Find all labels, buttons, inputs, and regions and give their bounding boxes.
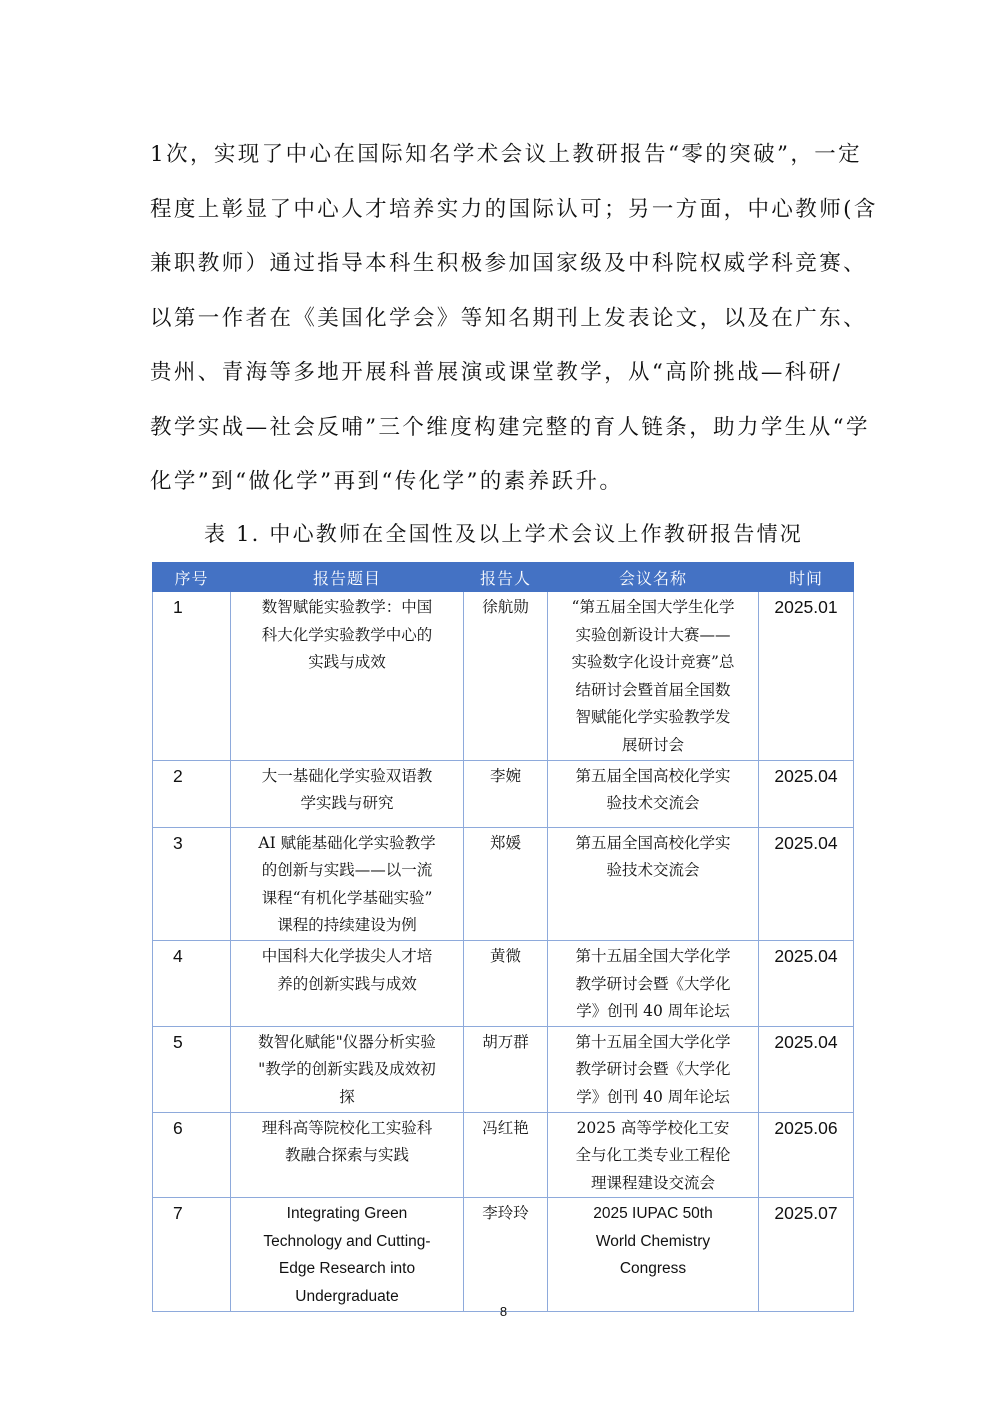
cell-index: 4 (153, 940, 231, 1026)
cell-line: 教学研讨会暨《大学化 (554, 1056, 752, 1084)
cell-line: 教融合探索与实践 (237, 1142, 457, 1170)
cell-speaker: 冯红艳 (464, 1112, 548, 1198)
cell-conference: 2025 高等学校化工安 全与化工类专业工程伦 理课程建设交流会 (548, 1112, 759, 1198)
cell-line: 第十五届全国大学化学 (554, 943, 752, 971)
cell-line: 理科高等院校化工实验科 (237, 1115, 457, 1143)
cell-index: 1 (153, 592, 231, 761)
cell-index: 2 (153, 760, 231, 827)
cell-date: 2025.01 (759, 592, 854, 761)
cell-speaker: 李玲玲 (464, 1198, 548, 1311)
table-row: 3 AI 赋能基础化学实验教学 的创新与实践——以一流 课程“有机化学基础实验”… (153, 827, 854, 940)
cell-line: 验技术交流会 (554, 857, 752, 885)
cell-index: 7 (153, 1198, 231, 1311)
cell-line: Congress (554, 1255, 752, 1283)
cell-conference: 第五届全国高校化学实 验技术交流会 (548, 760, 759, 827)
table-row: 1 数智赋能实验教学：中国 科大化学实验教学中心的 实践与成效 徐航勋 “第五届… (153, 592, 854, 761)
cell-line: 养的创新实践与成效 (237, 971, 457, 999)
table-row: 4 中国科大化学拔尖人才培 养的创新实践与成效 黄微 第十五届全国大学化学 教学… (153, 940, 854, 1026)
cell-index: 5 (153, 1026, 231, 1112)
cell-line: 课程的持续建设为例 (237, 912, 457, 940)
cell-line: Edge Research into (237, 1255, 457, 1283)
cell-line: 学》创刊 40 周年论坛 (554, 998, 752, 1026)
cell-index: 3 (153, 827, 231, 940)
paragraph-line: 贵州、青海等多地开展科普展演或课堂教学，从“高阶挑战—科研/ (150, 346, 860, 401)
cell-date: 2025.06 (759, 1112, 854, 1198)
cell-line: 理课程建设交流会 (554, 1170, 752, 1198)
paragraph-line: 1次，实现了中心在国际知名学术会议上教研报告“零的突破”，一定 (150, 128, 860, 183)
cell-speaker: 郑媛 (464, 827, 548, 940)
cell-line: 教学研讨会暨《大学化 (554, 971, 752, 999)
cell-date: 2025.04 (759, 1026, 854, 1112)
cell-conference: 2025 IUPAC 50th World Chemistry Congress (548, 1198, 759, 1311)
cell-index: 6 (153, 1112, 231, 1198)
paragraph-line: 以第一作者在《美国化学会》等知名期刊上发表论文，以及在广东、 (150, 292, 860, 347)
cell-conference: 第十五届全国大学化学 教学研讨会暨《大学化 学》创刊 40 周年论坛 (548, 940, 759, 1026)
cell-date: 2025.07 (759, 1198, 854, 1311)
cell-line: 第五届全国高校化学实 (554, 763, 752, 791)
cell-date: 2025.04 (759, 827, 854, 940)
cell-title: Integrating Green Technology and Cutting… (231, 1198, 464, 1311)
cell-line: AI 赋能基础化学实验教学 (237, 830, 457, 858)
cell-line: 学》创刊 40 周年论坛 (554, 1084, 752, 1112)
page-number: 8 (0, 1304, 1007, 1319)
cell-line: 实验创新设计大赛—— (554, 622, 752, 650)
table-row: 7 Integrating Green Technology and Cutti… (153, 1198, 854, 1311)
cell-title: 中国科大化学拔尖人才培 养的创新实践与成效 (231, 940, 464, 1026)
cell-conference: 第五届全国高校化学实 验技术交流会 (548, 827, 759, 940)
cell-line: 中国科大化学拔尖人才培 (237, 943, 457, 971)
column-header-speaker: 报告人 (464, 563, 548, 592)
paragraph-line: 兼职教师）通过指导本科生积极参加国家级及中科院权威学科竞赛、 (150, 237, 860, 292)
column-header-index: 序号 (153, 563, 231, 592)
body-paragraph: 1次，实现了中心在国际知名学术会议上教研报告“零的突破”，一定 程度上彰显了中心… (150, 128, 860, 510)
column-header-title: 报告题目 (231, 563, 464, 592)
column-header-date: 时间 (759, 563, 854, 592)
cell-line: 验技术交流会 (554, 790, 752, 818)
cell-line: 课程“有机化学基础实验” (237, 885, 457, 913)
table-caption: 表 1. 中心教师在全国性及以上学术会议上作教研报告情况 (0, 518, 1007, 548)
cell-line: Integrating Green (237, 1200, 457, 1228)
cell-line: 实验数字化设计竞赛”总 (554, 649, 752, 677)
cell-conference: “第五届全国大学生化学 实验创新设计大赛—— 实验数字化设计竞赛”总 结研讨会暨… (548, 592, 759, 761)
cell-line: 学实践与研究 (237, 790, 457, 818)
cell-line: 2025 高等学校化工安 (554, 1115, 752, 1143)
cell-line: 智赋能化学实验教学发 (554, 704, 752, 732)
cell-line: 全与化工类专业工程伦 (554, 1142, 752, 1170)
cell-line: 第十五届全国大学化学 (554, 1029, 752, 1057)
table-header-row: 序号 报告题目 报告人 会议名称 时间 (153, 563, 854, 592)
table-row: 2 大一基础化学实验双语教 学实践与研究 李婉 第五届全国高校化学实 验技术交流… (153, 760, 854, 827)
cell-line: 实践与成效 (237, 649, 457, 677)
cell-title: 理科高等院校化工实验科 教融合探索与实践 (231, 1112, 464, 1198)
cell-speaker: 李婉 (464, 760, 548, 827)
paragraph-line: 教学实战—社会反哺”三个维度构建完整的育人链条，助力学生从“学 (150, 401, 860, 456)
cell-title: 数智化赋能"仪器分析实验 "教学的创新实践及成效初 探 (231, 1026, 464, 1112)
reports-table: 序号 报告题目 报告人 会议名称 时间 1 数智赋能实验教学：中国 科大化学实验… (152, 562, 854, 1312)
cell-line: 第五届全国高校化学实 (554, 830, 752, 858)
cell-title: 数智赋能实验教学：中国 科大化学实验教学中心的 实践与成效 (231, 592, 464, 761)
table-row: 6 理科高等院校化工实验科 教融合探索与实践 冯红艳 2025 高等学校化工安 … (153, 1112, 854, 1198)
cell-line: 的创新与实践——以一流 (237, 857, 457, 885)
cell-line: "教学的创新实践及成效初 (237, 1056, 457, 1084)
cell-date: 2025.04 (759, 940, 854, 1026)
cell-speaker: 徐航勋 (464, 592, 548, 761)
cell-line: Technology and Cutting- (237, 1228, 457, 1256)
cell-title: AI 赋能基础化学实验教学 的创新与实践——以一流 课程“有机化学基础实验” 课… (231, 827, 464, 940)
paragraph-line: 程度上彰显了中心人才培养实力的国际认可；另一方面，中心教师(含 (150, 183, 860, 238)
cell-date: 2025.04 (759, 760, 854, 827)
cell-line: 大一基础化学实验双语教 (237, 763, 457, 791)
cell-speaker: 黄微 (464, 940, 548, 1026)
cell-line: 数智化赋能"仪器分析实验 (237, 1029, 457, 1057)
paragraph-line: 化学”到“做化学”再到“传化学”的素养跃升。 (150, 455, 860, 510)
table-row: 5 数智化赋能"仪器分析实验 "教学的创新实践及成效初 探 胡万群 第十五届全国… (153, 1026, 854, 1112)
cell-title: 大一基础化学实验双语教 学实践与研究 (231, 760, 464, 827)
cell-line: 2025 IUPAC 50th (554, 1200, 752, 1228)
cell-line: World Chemistry (554, 1228, 752, 1256)
column-header-conference: 会议名称 (548, 563, 759, 592)
cell-line: 科大化学实验教学中心的 (237, 622, 457, 650)
cell-line: 结研讨会暨首届全国数 (554, 677, 752, 705)
cell-line: 展研讨会 (554, 732, 752, 760)
cell-line: 探 (237, 1084, 457, 1112)
cell-conference: 第十五届全国大学化学 教学研讨会暨《大学化 学》创刊 40 周年论坛 (548, 1026, 759, 1112)
cell-line: “第五届全国大学生化学 (554, 594, 752, 622)
cell-line: 数智赋能实验教学：中国 (237, 594, 457, 622)
cell-speaker: 胡万群 (464, 1026, 548, 1112)
